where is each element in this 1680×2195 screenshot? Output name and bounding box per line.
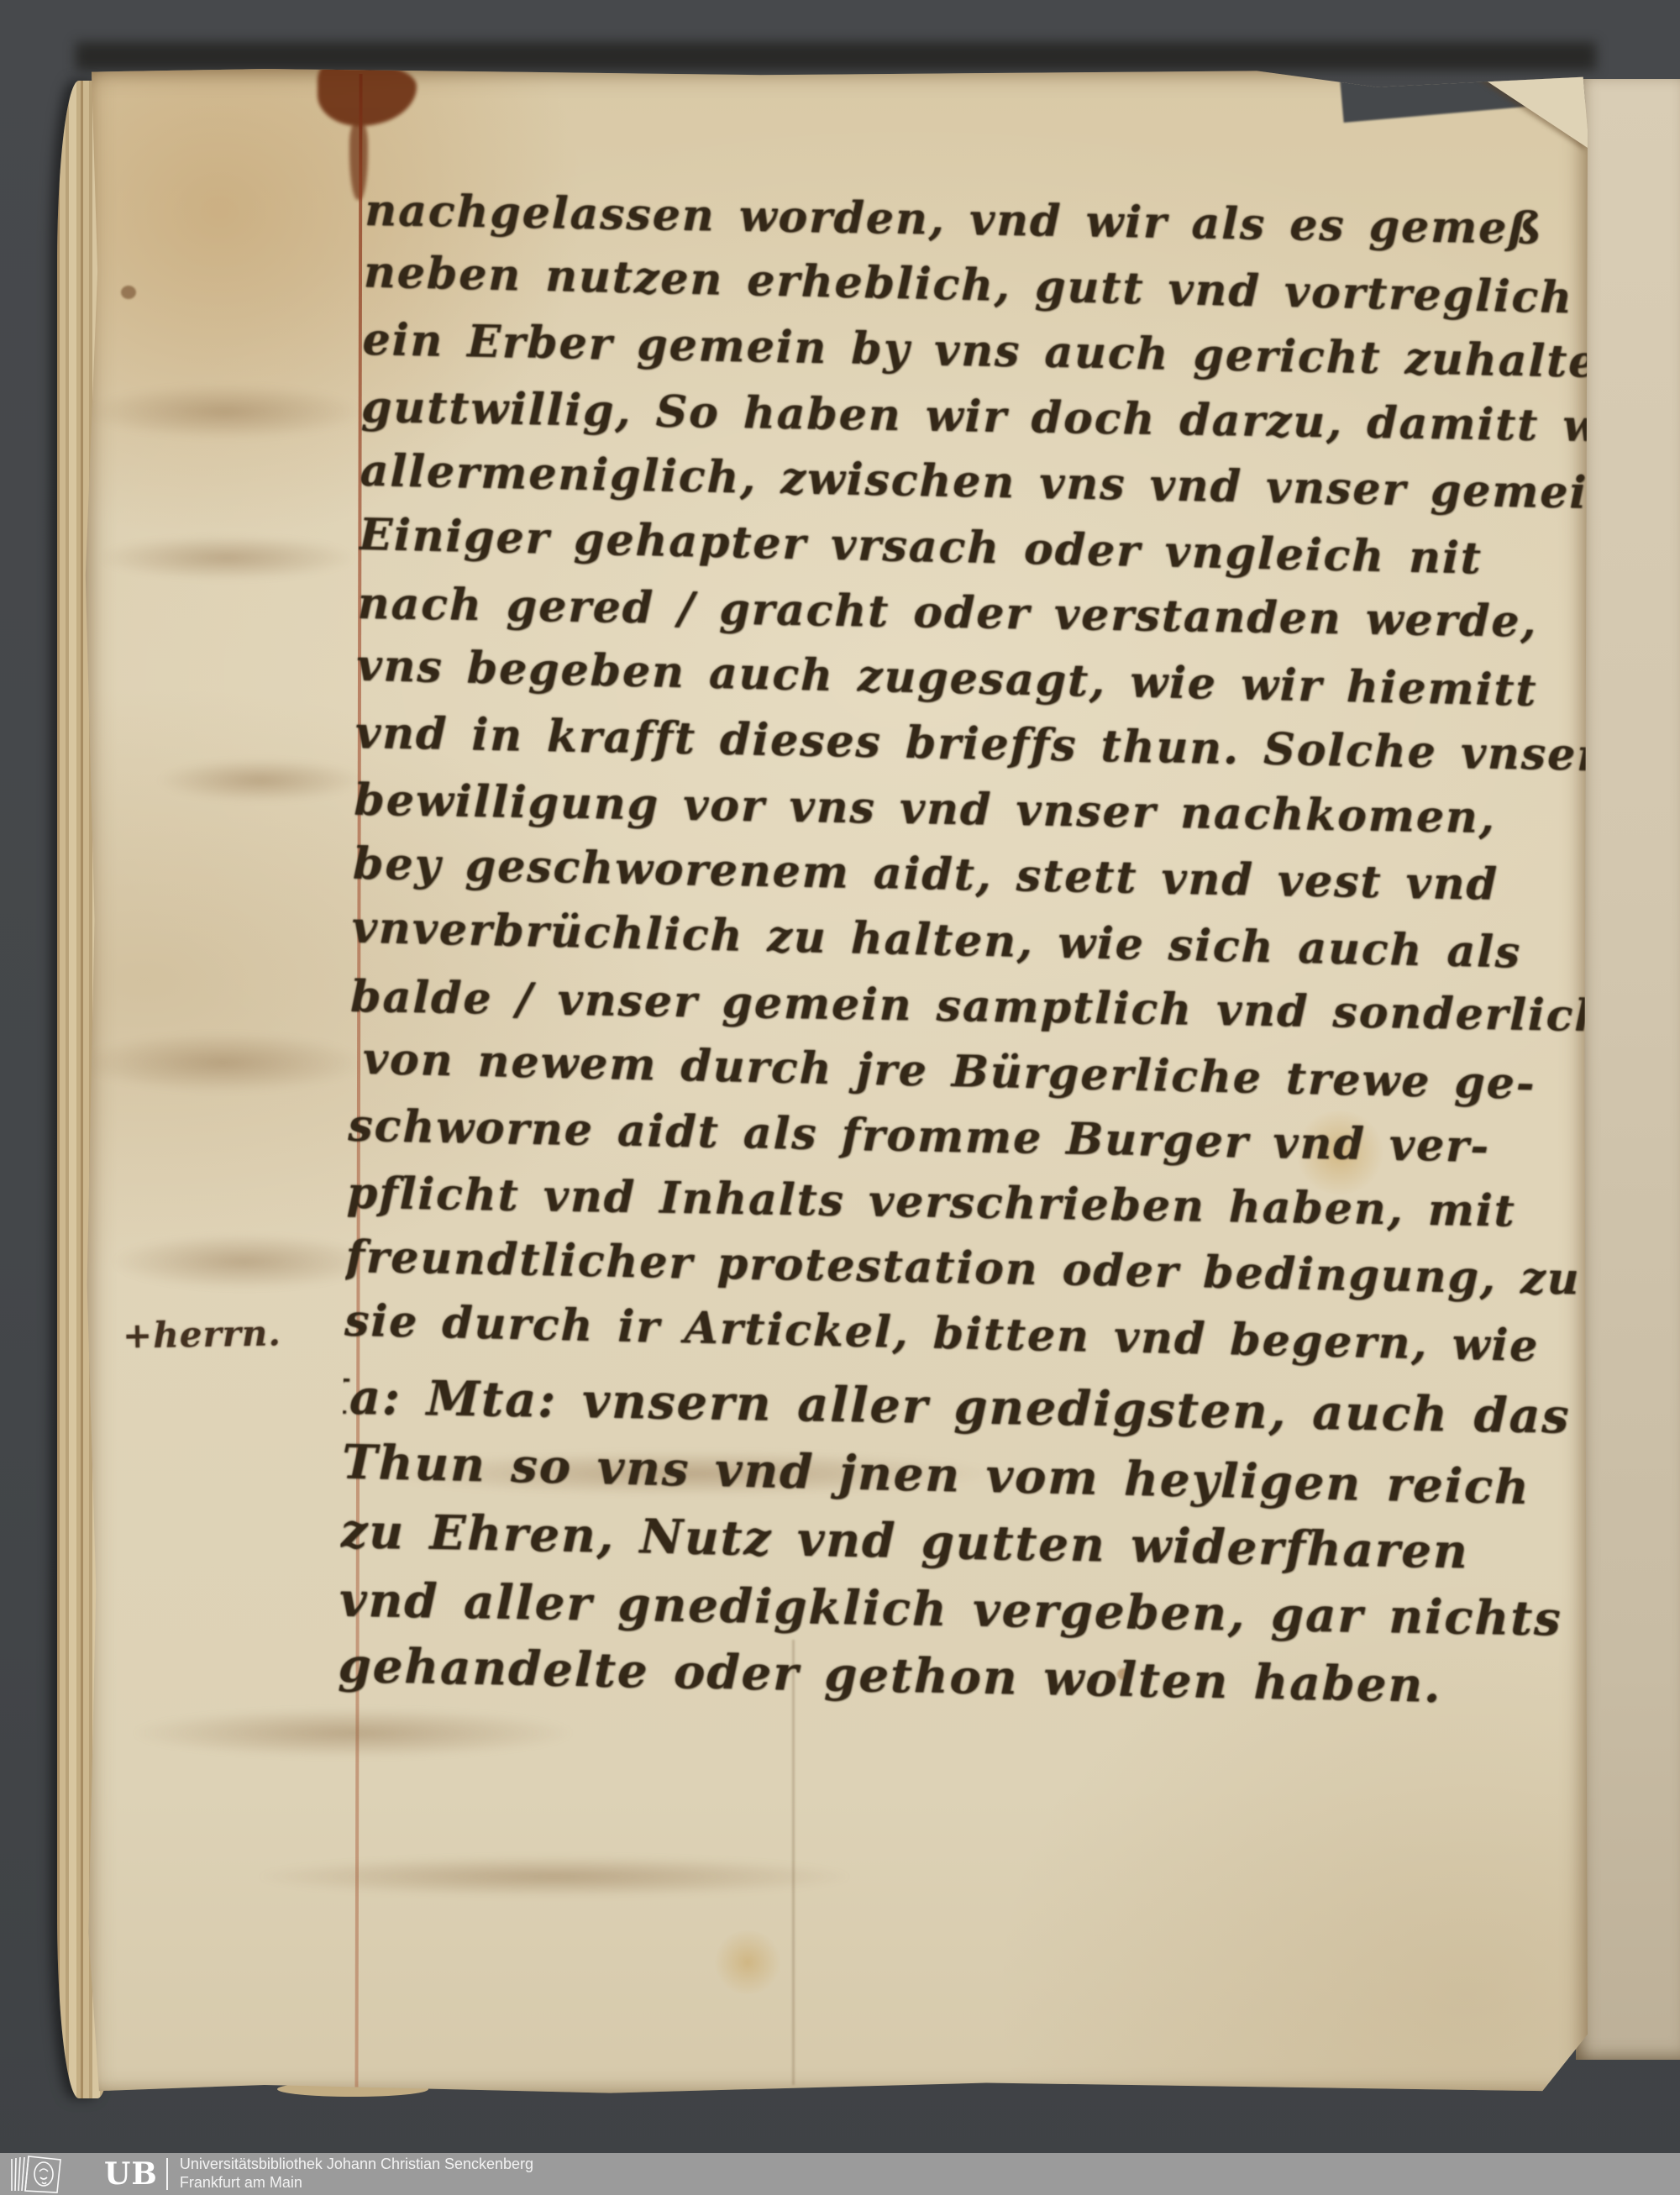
- manuscript-line: sie durch ir Artickel, bitten vnd begern…: [344, 1295, 1540, 1373]
- manuscript-line: bey geschworenem aidt, stett vnd vest vn…: [353, 838, 1499, 911]
- manuscript-line: Einiger gehapter vrsach oder vngleich ni…: [359, 509, 1483, 585]
- ink-showthrough: [101, 536, 353, 580]
- ub-logo-text: UB: [104, 2159, 158, 2189]
- manuscript-line: vnd aller gnedigklich vergeben, gar nich…: [339, 1573, 1563, 1647]
- manuscript-line: nach gered / gracht oder verstanden werd…: [357, 578, 1538, 648]
- manuscript-line: Thun so vns vnd jnen vom heyligen reich: [341, 1435, 1530, 1515]
- manuscript-line: Ka: Mta: vnsern aller gnedigsten, auch d…: [337, 1368, 1572, 1445]
- handwritten-text-block: nachgelassen worden, vnd wir als es geme…: [337, 183, 1617, 1785]
- manuscript-line: pflicht vnd Inhalts verschrieben haben, …: [346, 1168, 1516, 1237]
- manuscript-line: neben nutzen erheblich, gutt vnd vortreg…: [363, 246, 1616, 328]
- scan-background: nachgelassen worden, vnd wir als es geme…: [0, 0, 1680, 2195]
- ink-showthrough: [260, 1856, 848, 1897]
- library-location: Frankfurt am Main: [180, 2174, 533, 2192]
- margin-note: +herrn.: [123, 1312, 282, 1356]
- ink-showthrough: [114, 1235, 375, 1289]
- book-gutter-shadow: [76, 42, 1596, 71]
- manuscript-line: zu Ehren, Nutz vnd gutten widerfharen: [340, 1504, 1469, 1580]
- ink-showthrough: [91, 385, 360, 438]
- manuscript-line: gehandelte oder gethon wolten haben.: [338, 1638, 1442, 1714]
- manuscript-line: vnd in krafft dieses brieffs thun. Solch…: [354, 707, 1602, 781]
- dog-ear-fold: [1478, 76, 1588, 148]
- manuscript-page: nachgelassen worden, vnd wir als es geme…: [84, 69, 1588, 2095]
- library-watermark-bar: UB Universitätsbibliothek Johann Christi…: [0, 2153, 1680, 2195]
- manuscript-line: schworne aidt als fromme Burger vnd ver-: [348, 1100, 1491, 1173]
- manuscript-line: von newem durch jre Bürgerliche trewe ge…: [362, 1033, 1536, 1110]
- ink-showthrough: [160, 759, 361, 801]
- manuscript-line: balde / vnser gemein samptlich vnd sonde…: [350, 971, 1609, 1042]
- ink-spot: [121, 286, 136, 299]
- manuscript-line: guttwillig, So haben wir doch darzu, dam…: [361, 381, 1617, 453]
- adjacent-page-edge: [1576, 79, 1680, 2060]
- manuscript-line: allermeniglich, zwischen vns vnd vnser g…: [360, 445, 1617, 520]
- manuscript-line: nachgelassen worden, vnd wir als es geme…: [365, 185, 1543, 255]
- foxing-stain: [712, 1930, 783, 1994]
- library-institution: Universitätsbibliothek Johann Christian …: [180, 2156, 533, 2174]
- manuscript-line: bewilligung vor vns vnd vnser nachkomen,: [354, 775, 1496, 843]
- ub-logo-pages-icon: [8, 2155, 109, 2193]
- logo-divider: [166, 2158, 168, 2190]
- rust-ink-stain: [318, 64, 417, 126]
- ink-showthrough: [84, 1033, 361, 1092]
- manuscript-line: freundtlicher protestation oder bedingun…: [345, 1231, 1581, 1305]
- manuscript-line: ein Erber gemein by vns auch gericht zuh…: [362, 314, 1617, 389]
- manuscript-line: vnverbrüchlich zu halten, wie sich auch …: [351, 902, 1522, 979]
- manuscript-line: vns begeben auch zugesagt, wie wir hiemi…: [356, 640, 1538, 717]
